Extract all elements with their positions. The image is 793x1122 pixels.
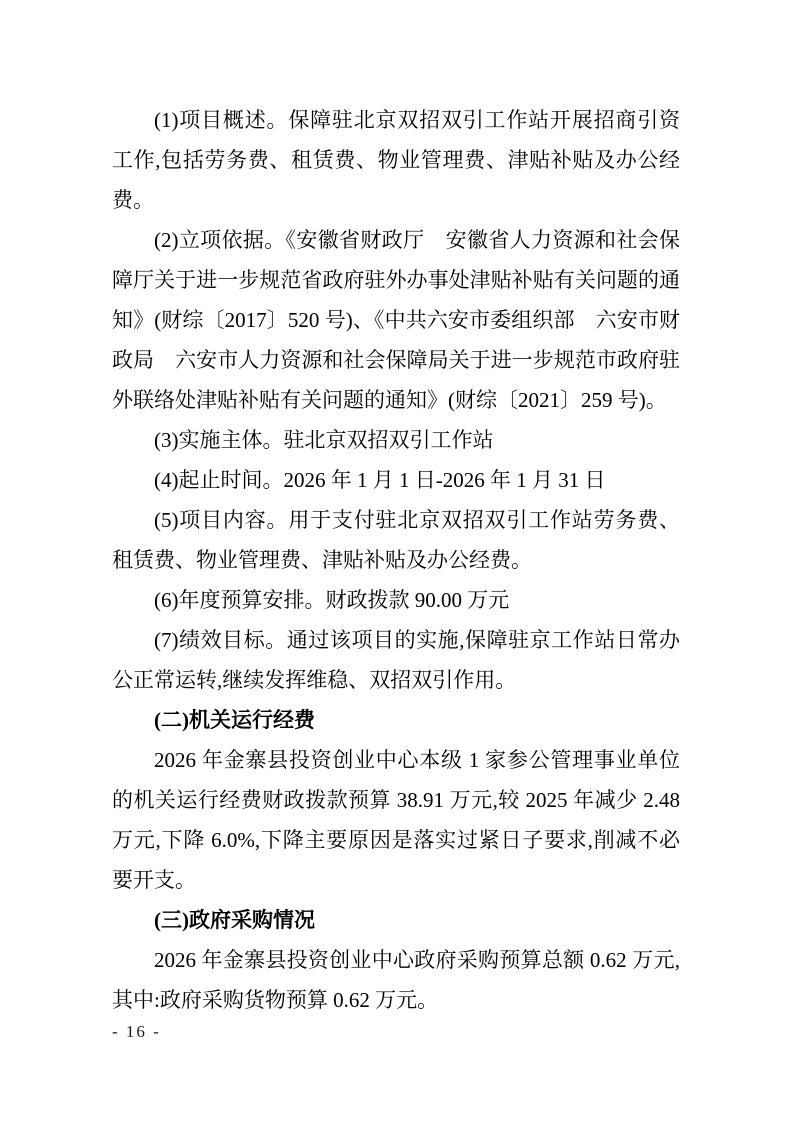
paragraph-annual-budget: (6)年度预算安排。财政拨款 90.00 万元 [112,580,680,620]
paragraph-project-duration: (4)起止时间。2026 年 1 月 1 日-2026 年 1 月 31 日 [112,460,680,500]
page-number: - 16 - [112,1020,161,1044]
document-page: (1)项目概述。保障驻北京双招双引工作站开展招商引资工作,包括劳务费、租赁费、物… [0,0,793,1122]
paragraph-project-content: (5)项目内容。用于支付驻北京双招双引工作站劳务费、租赁费、物业管理费、津贴补贴… [112,500,680,580]
paragraph-project-overview: (1)项目概述。保障驻北京双招双引工作站开展招商引资工作,包括劳务费、租赁费、物… [112,100,680,220]
paragraph-operating-funds: 2026 年金寨县投资创业中心本级 1 家参公管理事业单位的机关运行经费财政拨款… [112,740,680,900]
paragraph-procurement: 2026 年金寨县投资创业中心政府采购预算总额 0.62 万元,其中:政府采购货… [112,940,680,1020]
section-heading-procurement: (三)政府采购情况 [112,900,680,940]
paragraph-project-basis: (2)立项依据。《安徽省财政厅 安徽省人力资源和社会保障厅关于进一步规范省政府驻… [112,220,680,420]
section-heading-operating-funds: (二)机关运行经费 [112,700,680,740]
document-body: (1)项目概述。保障驻北京双招双引工作站开展招商引资工作,包括劳务费、租赁费、物… [112,100,680,1020]
paragraph-implementing-body: (3)实施主体。驻北京双招双引工作站 [112,420,680,460]
paragraph-performance-goal: (7)绩效目标。通过该项目的实施,保障驻京工作站日常办公正常运转,继续发挥维稳、… [112,620,680,700]
